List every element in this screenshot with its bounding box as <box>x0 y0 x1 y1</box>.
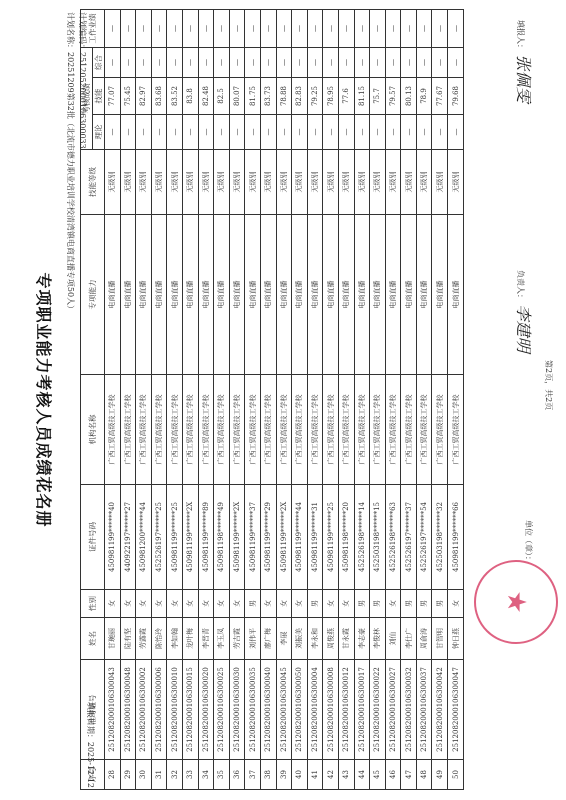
cell-ability: 电商直播 <box>120 215 136 375</box>
cell-inst: 广西工贸高级技工学校 <box>167 375 183 485</box>
cell-name: 李如翰 <box>167 618 183 660</box>
cell-id: 450981199******2X <box>182 485 198 590</box>
cell-seq: 49 <box>432 760 448 790</box>
cell-inst: 广西工贸高级技工学校 <box>276 375 292 485</box>
cell-ticket: 2512082000106300027 <box>385 660 401 760</box>
cell-seq: 36 <box>229 760 245 790</box>
cell-ability: 电商直播 <box>370 215 386 375</box>
cell-theory: — <box>105 115 121 150</box>
cell-level: 无级别 <box>432 150 448 215</box>
cell-name: 李志豪 <box>354 618 370 660</box>
cell-work: — <box>432 9 448 47</box>
cell-inst: 广西工贸高级技工学校 <box>151 375 167 485</box>
cell-work: — <box>385 9 401 47</box>
header-skill: 技能 <box>93 78 105 115</box>
cell-comp: — <box>385 47 401 77</box>
cell-name: 劳吉霞 <box>229 618 245 660</box>
cell-level: 无级别 <box>401 150 417 215</box>
cell-level: 无级别 <box>307 150 323 215</box>
header-ability: 专项能力 <box>81 215 105 375</box>
cell-level: 无级别 <box>214 150 230 215</box>
cell-seq: 45 <box>370 760 386 790</box>
cell-id: 440922197******27 <box>120 485 136 590</box>
table-row: 392512082000106300045李展女450981199******2… <box>276 9 292 789</box>
cell-id: 452526198******63 <box>385 485 401 590</box>
cell-gender: 女 <box>448 590 464 618</box>
cell-gender: 女 <box>292 590 308 618</box>
header-ticket: 准考证号 <box>81 660 105 760</box>
cell-skill: 82.83 <box>292 78 308 115</box>
cell-ticket: 2512082000106300015 <box>182 660 198 760</box>
cell-ticket: 2512082000106300040 <box>260 660 276 760</box>
cell-name: 周俊燕 <box>323 618 339 660</box>
cell-skill: 75.45 <box>120 78 136 115</box>
cell-comp: — <box>276 47 292 77</box>
cell-name: 龙叶梅 <box>182 618 198 660</box>
cell-id: 450981200******44 <box>136 485 152 590</box>
cell-work: — <box>105 9 121 47</box>
cell-gender: 男 <box>370 590 386 618</box>
cell-level: 无级别 <box>416 150 432 215</box>
cell-seq: 50 <box>448 760 464 790</box>
cell-level: 无级别 <box>245 150 261 215</box>
cell-skill: 78.95 <box>323 78 339 115</box>
cell-comp: — <box>214 47 230 77</box>
cell-level: 无级别 <box>151 150 167 215</box>
cell-name: 李展 <box>276 618 292 660</box>
cell-inst: 广西工贸高级技工学校 <box>338 375 354 485</box>
cell-seq: 38 <box>260 760 276 790</box>
table-row: 302512082000106300002劳露霞女450981200******… <box>136 9 152 789</box>
cell-gender: 男 <box>416 590 432 618</box>
cell-gender: 女 <box>338 590 354 618</box>
responsible: 负责人： 李建明 <box>513 270 536 353</box>
cell-level: 无级别 <box>292 150 308 215</box>
cell-comp: — <box>167 47 183 77</box>
header-skill-level: 技能等级 <box>81 150 105 215</box>
cell-ability: 电商直播 <box>167 215 183 375</box>
cell-work: — <box>292 9 308 47</box>
cell-id: 450981199******2X <box>229 485 245 590</box>
official-stamp: ★ <box>474 560 558 644</box>
cell-ticket: 2512082000106300043 <box>105 660 121 760</box>
cell-skill: 78.88 <box>276 78 292 115</box>
cell-inst: 广西工贸高级技工学校 <box>245 375 261 485</box>
cell-ticket: 2512082000106300006 <box>151 660 167 760</box>
cell-theory: — <box>338 115 354 150</box>
filler-label: 填报人： <box>516 20 525 52</box>
cell-gender: 女 <box>105 590 121 618</box>
cell-seq: 46 <box>385 760 401 790</box>
table-row: 332512082000106300015龙叶梅女450981199******… <box>182 9 198 789</box>
cell-ability: 电商直播 <box>354 215 370 375</box>
cell-skill: 77.67 <box>432 78 448 115</box>
cell-id: 450981199******66 <box>448 485 464 590</box>
header-gender: 性别 <box>81 590 105 618</box>
cell-theory: — <box>370 115 386 150</box>
cell-seq: 37 <box>245 760 261 790</box>
cell-seq: 30 <box>136 760 152 790</box>
cell-skill: 78.9 <box>416 78 432 115</box>
cell-ability: 电商直播 <box>105 215 121 375</box>
cell-inst: 广西工贸高级技工学校 <box>136 375 152 485</box>
cell-inst: 广西工贸高级技工学校 <box>401 375 417 485</box>
cell-ability: 电商直播 <box>448 215 464 375</box>
cell-theory: — <box>260 115 276 150</box>
cell-work: — <box>229 9 245 47</box>
cell-theory: — <box>385 115 401 150</box>
cell-gender: 男 <box>354 590 370 618</box>
cell-work: — <box>401 9 417 47</box>
cell-skill: 80.13 <box>401 78 417 115</box>
cell-work: — <box>167 9 183 47</box>
cell-theory: — <box>151 115 167 150</box>
table-row: 312512082000106300006陈怡玲女452526197******… <box>151 9 167 789</box>
cell-level: 无级别 <box>385 150 401 215</box>
cell-theory: — <box>323 115 339 150</box>
cell-name: 周俞涛 <box>416 618 432 660</box>
cell-name: 甘智明 <box>432 618 448 660</box>
cell-ability: 电商直播 <box>260 215 276 375</box>
cell-gender: 女 <box>260 590 276 618</box>
header-institution: 机构名称 <box>81 375 105 485</box>
cell-seq: 43 <box>338 760 354 790</box>
cell-seq: 33 <box>182 760 198 790</box>
cell-id: 450981199******2X <box>276 485 292 590</box>
cell-skill: 82.48 <box>198 78 214 115</box>
table-row: 502512082000106300047钟日燕女450981199******… <box>448 9 464 789</box>
cell-comp: — <box>151 47 167 77</box>
cell-seq: 32 <box>167 760 183 790</box>
cell-work: — <box>198 9 214 47</box>
cell-name: 刘仙 <box>385 618 401 660</box>
document-page: 专项职业能力考核人员成绩花名册 计划名称：20251209第32批（北流市德力职… <box>0 0 566 800</box>
cell-name: 李玉凤 <box>214 618 230 660</box>
cell-theory: — <box>432 115 448 150</box>
cell-comp: — <box>260 47 276 77</box>
cell-work: — <box>120 9 136 47</box>
cell-seq: 28 <box>105 760 121 790</box>
score-roster-table: 序号 准考证号 姓名 性别 证件号码 机构名称 专项能力 技能等级 考核成绩 工… <box>80 9 464 790</box>
cell-name: 陈怡玲 <box>151 618 167 660</box>
cell-seq: 44 <box>354 760 370 790</box>
cell-work: — <box>370 9 386 47</box>
cell-ability: 电商直播 <box>136 215 152 375</box>
cell-level: 无级别 <box>198 150 214 215</box>
cell-seq: 39 <box>276 760 292 790</box>
cell-level: 无级别 <box>354 150 370 215</box>
cell-skill: 79.68 <box>448 78 464 115</box>
cell-work: — <box>416 9 432 47</box>
cell-ticket: 2512082000106300045 <box>276 660 292 760</box>
cell-ability: 电商直播 <box>229 215 245 375</box>
cell-ticket: 2512082000106300037 <box>416 660 432 760</box>
cell-name: 李晋青 <box>198 618 214 660</box>
cell-comp: — <box>182 47 198 77</box>
cell-inst: 广西工贸高级技工学校 <box>385 375 401 485</box>
cell-theory: — <box>229 115 245 150</box>
header-work-performance: 工作业绩 <box>81 9 105 47</box>
cell-work: — <box>182 9 198 47</box>
responsible-signature: 李建明 <box>514 305 533 353</box>
cell-level: 无级别 <box>448 150 464 215</box>
cell-ticket: 2512082000106300022 <box>370 660 386 760</box>
cell-name: 陆有坚 <box>120 618 136 660</box>
cell-inst: 广西工贸高级技工学校 <box>432 375 448 485</box>
unit-label: 单位（章）： <box>523 520 534 564</box>
cell-inst: 广西工贸高级技工学校 <box>229 375 245 485</box>
cell-name: 劳露霞 <box>136 618 152 660</box>
cell-seq: 29 <box>120 760 136 790</box>
cell-id: 452526197******54 <box>416 485 432 590</box>
table-row: 472512082000106300032李仕广男452526197******… <box>401 9 417 789</box>
cell-theory: — <box>136 115 152 150</box>
cell-ticket: 2512082000106300020 <box>198 660 214 760</box>
cell-id: 450981198******20 <box>338 485 354 590</box>
table-row: 402512082000106300050刘振美女450981199******… <box>292 9 308 789</box>
cell-name: 甘永霞 <box>338 618 354 660</box>
cell-ticket: 2512082000106300017 <box>354 660 370 760</box>
cell-comp: — <box>338 47 354 77</box>
table-row: 442512082000106300017李志豪男452526198******… <box>354 9 370 789</box>
table-row: 282512082000106300043甘琬丽女450981199******… <box>105 9 121 789</box>
filler-signature: 张佩雯 <box>514 55 533 103</box>
cell-ticket: 2512082000106300042 <box>432 660 448 760</box>
cell-inst: 广西工贸高级技工学校 <box>323 375 339 485</box>
cell-theory: — <box>292 115 308 150</box>
cell-ability: 电商直播 <box>198 215 214 375</box>
cell-inst: 广西工贸高级技工学校 <box>198 375 214 485</box>
cell-work: — <box>136 9 152 47</box>
cell-name: 李仕广 <box>401 618 417 660</box>
cell-seq: 40 <box>292 760 308 790</box>
cell-inst: 广西工贸高级技工学校 <box>214 375 230 485</box>
cell-comp: — <box>448 47 464 77</box>
cell-skill: 77.6 <box>338 78 354 115</box>
cell-comp: — <box>432 47 448 77</box>
cell-ticket: 2512082000106300002 <box>136 660 152 760</box>
table-row: 422512082000106300008周俊燕女450981199******… <box>323 9 339 789</box>
cell-level: 无级别 <box>182 150 198 215</box>
header-theory: 理论 <box>93 115 105 150</box>
table-row: 292512082000106300048陆有坚女440922197******… <box>120 9 136 789</box>
cell-skill: 83.52 <box>167 78 183 115</box>
cell-id: 450981199******31 <box>307 485 323 590</box>
header-id-number: 证件号码 <box>81 485 105 590</box>
cell-skill: 75.7 <box>370 78 386 115</box>
cell-level: 无级别 <box>370 150 386 215</box>
cell-gender: 女 <box>276 590 292 618</box>
table-row: 452512082000106300022李俊林男452503198******… <box>370 9 386 789</box>
cell-gender: 女 <box>120 590 136 618</box>
cell-work: — <box>260 9 276 47</box>
cell-id: 450981199******25 <box>167 485 183 590</box>
table-row: 432512082000106300012甘永霞女450981198******… <box>338 9 354 789</box>
cell-level: 无级别 <box>167 150 183 215</box>
cell-gender: 男 <box>401 590 417 618</box>
cell-work: — <box>276 9 292 47</box>
cell-gender: 女 <box>198 590 214 618</box>
cell-skill: 79.25 <box>307 78 323 115</box>
cell-seq: 35 <box>214 760 230 790</box>
cell-level: 无级别 <box>105 150 121 215</box>
cell-inst: 广西工贸高级技工学校 <box>120 375 136 485</box>
cell-work: — <box>338 9 354 47</box>
cell-ticket: 2512082000106300010 <box>167 660 183 760</box>
cell-level: 无级别 <box>276 150 292 215</box>
cell-id: 452526197******37 <box>401 485 417 590</box>
cell-id: 450981199******25 <box>323 485 339 590</box>
cell-ability: 电商直播 <box>323 215 339 375</box>
cell-seq: 31 <box>151 760 167 790</box>
table-row: 412512082000106300004李永和男450981199******… <box>307 9 323 789</box>
cell-ticket: 2512082000106300047 <box>448 660 464 760</box>
cell-id: 450981199******29 <box>260 485 276 590</box>
cell-ability: 电商直播 <box>245 215 261 375</box>
cell-comp: — <box>136 47 152 77</box>
cell-comp: — <box>198 47 214 77</box>
cell-ticket: 2512082000106300008 <box>323 660 339 760</box>
cell-ability: 电商直播 <box>432 215 448 375</box>
table-row: 462512082000106300027刘仙女452526198******6… <box>385 9 401 789</box>
cell-comp: — <box>370 47 386 77</box>
header-seq: 序号 <box>81 760 105 790</box>
responsible-label: 负责人： <box>516 270 525 302</box>
cell-inst: 广西工贸高级技工学校 <box>105 375 121 485</box>
cell-id: 450981198******49 <box>214 485 230 590</box>
cell-ability: 电商直播 <box>307 215 323 375</box>
cell-comp: — <box>416 47 432 77</box>
cell-theory: — <box>448 115 464 150</box>
cell-name: 甘琬丽 <box>105 618 121 660</box>
cell-skill: 81.75 <box>245 78 261 115</box>
cell-id: 450981199******40 <box>105 485 121 590</box>
cell-seq: 42 <box>323 760 339 790</box>
cell-inst: 广西工贸高级技工学校 <box>416 375 432 485</box>
cell-ability: 电商直播 <box>151 215 167 375</box>
cell-level: 无级别 <box>136 150 152 215</box>
cell-id: 452503198******32 <box>432 485 448 590</box>
header-score-group: 考核成绩 <box>81 47 93 149</box>
cell-theory: — <box>307 115 323 150</box>
cell-gender: 男 <box>432 590 448 618</box>
cell-skill: 82.5 <box>214 78 230 115</box>
cell-gender: 女 <box>182 590 198 618</box>
cell-work: — <box>214 9 230 47</box>
cell-theory: — <box>354 115 370 150</box>
cell-ability: 电商直播 <box>416 215 432 375</box>
star-icon: ★ <box>501 590 531 613</box>
cell-comp: — <box>105 47 121 77</box>
cell-work: — <box>151 9 167 47</box>
cell-inst: 广西工贸高级技工学校 <box>448 375 464 485</box>
table-row: 322512082000106300010李如翰女450981199******… <box>167 9 183 789</box>
cell-work: — <box>448 9 464 47</box>
cell-level: 无级别 <box>323 150 339 215</box>
cell-seq: 47 <box>401 760 417 790</box>
cell-theory: — <box>167 115 183 150</box>
cell-comp: — <box>229 47 245 77</box>
cell-comp: — <box>323 47 339 77</box>
cell-inst: 广西工贸高级技工学校 <box>292 375 308 485</box>
cell-ticket: 2512082000106300032 <box>401 660 417 760</box>
cell-name: 刘伟平 <box>245 618 261 660</box>
cell-level: 无级别 <box>338 150 354 215</box>
cell-skill: 81.15 <box>354 78 370 115</box>
cell-skill: 83.73 <box>260 78 276 115</box>
table-body: 282512082000106300043甘琬丽女450981199******… <box>105 9 464 789</box>
cell-name: 李俊林 <box>370 618 386 660</box>
table-row: 362512082000106300030劳吉霞女450981199******… <box>229 9 245 789</box>
cell-ticket: 2512082000106300025 <box>214 660 230 760</box>
table-row: 382512082000106300040廖广梅女450981199******… <box>260 9 276 789</box>
table-wrapper: 序号 准考证号 姓名 性别 证件号码 机构名称 专项能力 技能等级 考核成绩 工… <box>0 0 566 800</box>
cell-skill: 83.68 <box>151 78 167 115</box>
cell-ability: 电商直播 <box>292 215 308 375</box>
cell-id: 452503198******15 <box>370 485 386 590</box>
table-row: 372512082000106300035刘伟平男450981199******… <box>245 9 261 789</box>
table-row: 482512082000106300037周俞涛男452526197******… <box>416 9 432 789</box>
cell-work: — <box>323 9 339 47</box>
cell-comp: — <box>354 47 370 77</box>
cell-skill: 82.97 <box>136 78 152 115</box>
cell-theory: — <box>198 115 214 150</box>
cell-skill: 80.07 <box>229 78 245 115</box>
cell-id: 450981199******37 <box>245 485 261 590</box>
cell-theory: — <box>276 115 292 150</box>
header-name: 姓名 <box>81 618 105 660</box>
page-info: 第2页，共2页 <box>543 360 554 410</box>
cell-theory: — <box>401 115 417 150</box>
cell-ticket: 2512082000106300004 <box>307 660 323 760</box>
cell-gender: 女 <box>214 590 230 618</box>
cell-ability: 电商直播 <box>182 215 198 375</box>
cell-skill: 77.07 <box>105 78 121 115</box>
cell-gender: 男 <box>307 590 323 618</box>
cell-gender: 女 <box>229 590 245 618</box>
cell-skill: 83.8 <box>182 78 198 115</box>
cell-inst: 广西工贸高级技工学校 <box>260 375 276 485</box>
cell-comp: — <box>307 47 323 77</box>
cell-ticket: 2512082000106300050 <box>292 660 308 760</box>
cell-id: 452526198******14 <box>354 485 370 590</box>
cell-id: 452526197******25 <box>151 485 167 590</box>
cell-theory: — <box>214 115 230 150</box>
table-row: 342512082000106300020李晋青女450981199******… <box>198 9 214 789</box>
cell-seq: 48 <box>416 760 432 790</box>
cell-name: 廖广梅 <box>260 618 276 660</box>
cell-work: — <box>354 9 370 47</box>
cell-theory: — <box>416 115 432 150</box>
cell-level: 无级别 <box>260 150 276 215</box>
cell-gender: 女 <box>167 590 183 618</box>
filler: 填报人： 张佩雯 <box>513 20 536 103</box>
cell-level: 无级别 <box>120 150 136 215</box>
cell-theory: — <box>245 115 261 150</box>
table-row: 352512082000106300025李玉凤女450981198******… <box>214 9 230 789</box>
cell-id: 450981199******89 <box>198 485 214 590</box>
cell-inst: 广西工贸高级技工学校 <box>182 375 198 485</box>
cell-comp: — <box>292 47 308 77</box>
cell-name: 李永和 <box>307 618 323 660</box>
cell-ticket: 2512082000106300035 <box>245 660 261 760</box>
cell-inst: 广西工贸高级技工学校 <box>370 375 386 485</box>
cell-comp: — <box>120 47 136 77</box>
cell-seq: 34 <box>198 760 214 790</box>
cell-gender: 女 <box>151 590 167 618</box>
cell-ability: 电商直播 <box>385 215 401 375</box>
cell-theory: — <box>182 115 198 150</box>
